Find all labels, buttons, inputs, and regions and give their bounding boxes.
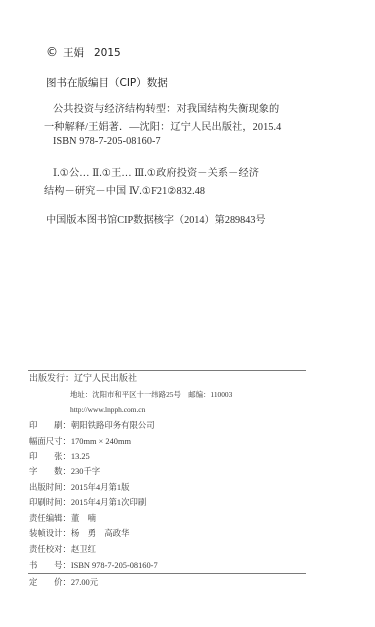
- colophon-price: 定 价：27.00元: [29, 577, 98, 588]
- word-count-label: 字 数：: [29, 467, 71, 476]
- editor-label: 责任编辑：: [29, 514, 71, 523]
- pub-date-label: 出版时间：: [29, 483, 71, 492]
- colophon-pub-date: 出版时间：2015年4月第1版: [29, 482, 130, 493]
- colophon-sheets: 印 张：13.25: [29, 451, 90, 462]
- printer-label: 印 刷：: [29, 421, 71, 430]
- publisher-label: 出版发行：: [29, 373, 74, 383]
- sheets-value: 13.25: [71, 452, 90, 461]
- print-date-label: 印刷时间：: [29, 498, 71, 507]
- cip-classification-line-1: Ⅰ.①公… Ⅱ.①王… Ⅲ.①政府投资－关系－经济: [53, 164, 259, 179]
- copyright-symbol: ©: [46, 45, 58, 59]
- address-value: 地址：沈阳市和平区十一纬路25号 邮编：110003: [70, 390, 232, 399]
- website-link[interactable]: http://www.lnpph.com.cn: [70, 405, 145, 414]
- isbn-label: 书 号：: [29, 561, 71, 570]
- sheets-label: 印 张：: [29, 452, 71, 461]
- colophon-website: http://www.lnpph.com.cn: [29, 404, 145, 415]
- colophon-word-count: 字 数：230千字: [29, 466, 100, 477]
- cip-title-line-1: 公共投资与经济结构转型：对我国结构失衡现象的: [53, 100, 279, 115]
- copyright-year: 2015: [94, 47, 121, 59]
- print-date-value: 2015年4月第1次印刷: [71, 498, 146, 507]
- price-label: 定 价：: [29, 578, 71, 587]
- colophon-designer: 装帧设计：杨 勇 高政华: [29, 528, 130, 539]
- colophon-proofreader: 责任校对：赵卫红: [29, 544, 96, 555]
- copyright-holder: 王娟: [63, 47, 84, 59]
- cip-classification-line-2: 结构－研究－中国 Ⅳ.①F21②832.48: [44, 182, 205, 197]
- colophon-address: 地址：沈阳市和平区十一纬路25号 邮编：110003: [29, 389, 232, 400]
- colophon-publisher: 出版发行：辽宁人民出版社: [29, 373, 137, 384]
- format-label: 幅面尺寸：: [29, 437, 71, 446]
- colophon-editor: 责任编辑：董 喃: [29, 513, 96, 524]
- designer-value: 杨 勇 高政华: [71, 529, 130, 538]
- isbn-value: ISBN 978-7-205-08160-7: [71, 561, 158, 570]
- proofreader-label: 责任校对：: [29, 545, 71, 554]
- colophon-isbn: 书 号：ISBN 978-7-205-08160-7: [29, 560, 158, 571]
- price-value: 27.00元: [71, 578, 98, 587]
- cip-isbn: ISBN 978-7-205-08160-7: [53, 136, 161, 147]
- cip-title-line-2: 一种解释/王娟著．—沈阳：辽宁人民出版社，2015.4: [44, 118, 281, 133]
- cip-heading: 图书在版编目（CIP）数据: [46, 75, 168, 90]
- colophon-printer: 印 刷：朝阳铁路印务有限公司: [29, 420, 155, 431]
- colophon-format: 幅面尺寸：170mm × 240mm: [29, 436, 131, 447]
- cip-verification-number: 中国版本图书馆CIP数据核字（2014）第289843号: [46, 211, 266, 226]
- copyright-line: ©王娟2015: [46, 45, 121, 60]
- word-count-value: 230千字: [71, 467, 100, 476]
- designer-label: 装帧设计：: [29, 529, 71, 538]
- editor-value: 董 喃: [71, 514, 96, 523]
- colophon-top-rule: [28, 370, 306, 371]
- colophon-bottom-rule: [28, 573, 306, 574]
- colophon-print-date: 印刷时间：2015年4月第1次印刷: [29, 497, 146, 508]
- proofreader-value: 赵卫红: [71, 545, 96, 554]
- format-value: 170mm × 240mm: [71, 437, 131, 446]
- printer-value: 朝阳铁路印务有限公司: [71, 421, 155, 430]
- pub-date-value: 2015年4月第1版: [71, 483, 130, 492]
- publisher-value: 辽宁人民出版社: [74, 373, 137, 383]
